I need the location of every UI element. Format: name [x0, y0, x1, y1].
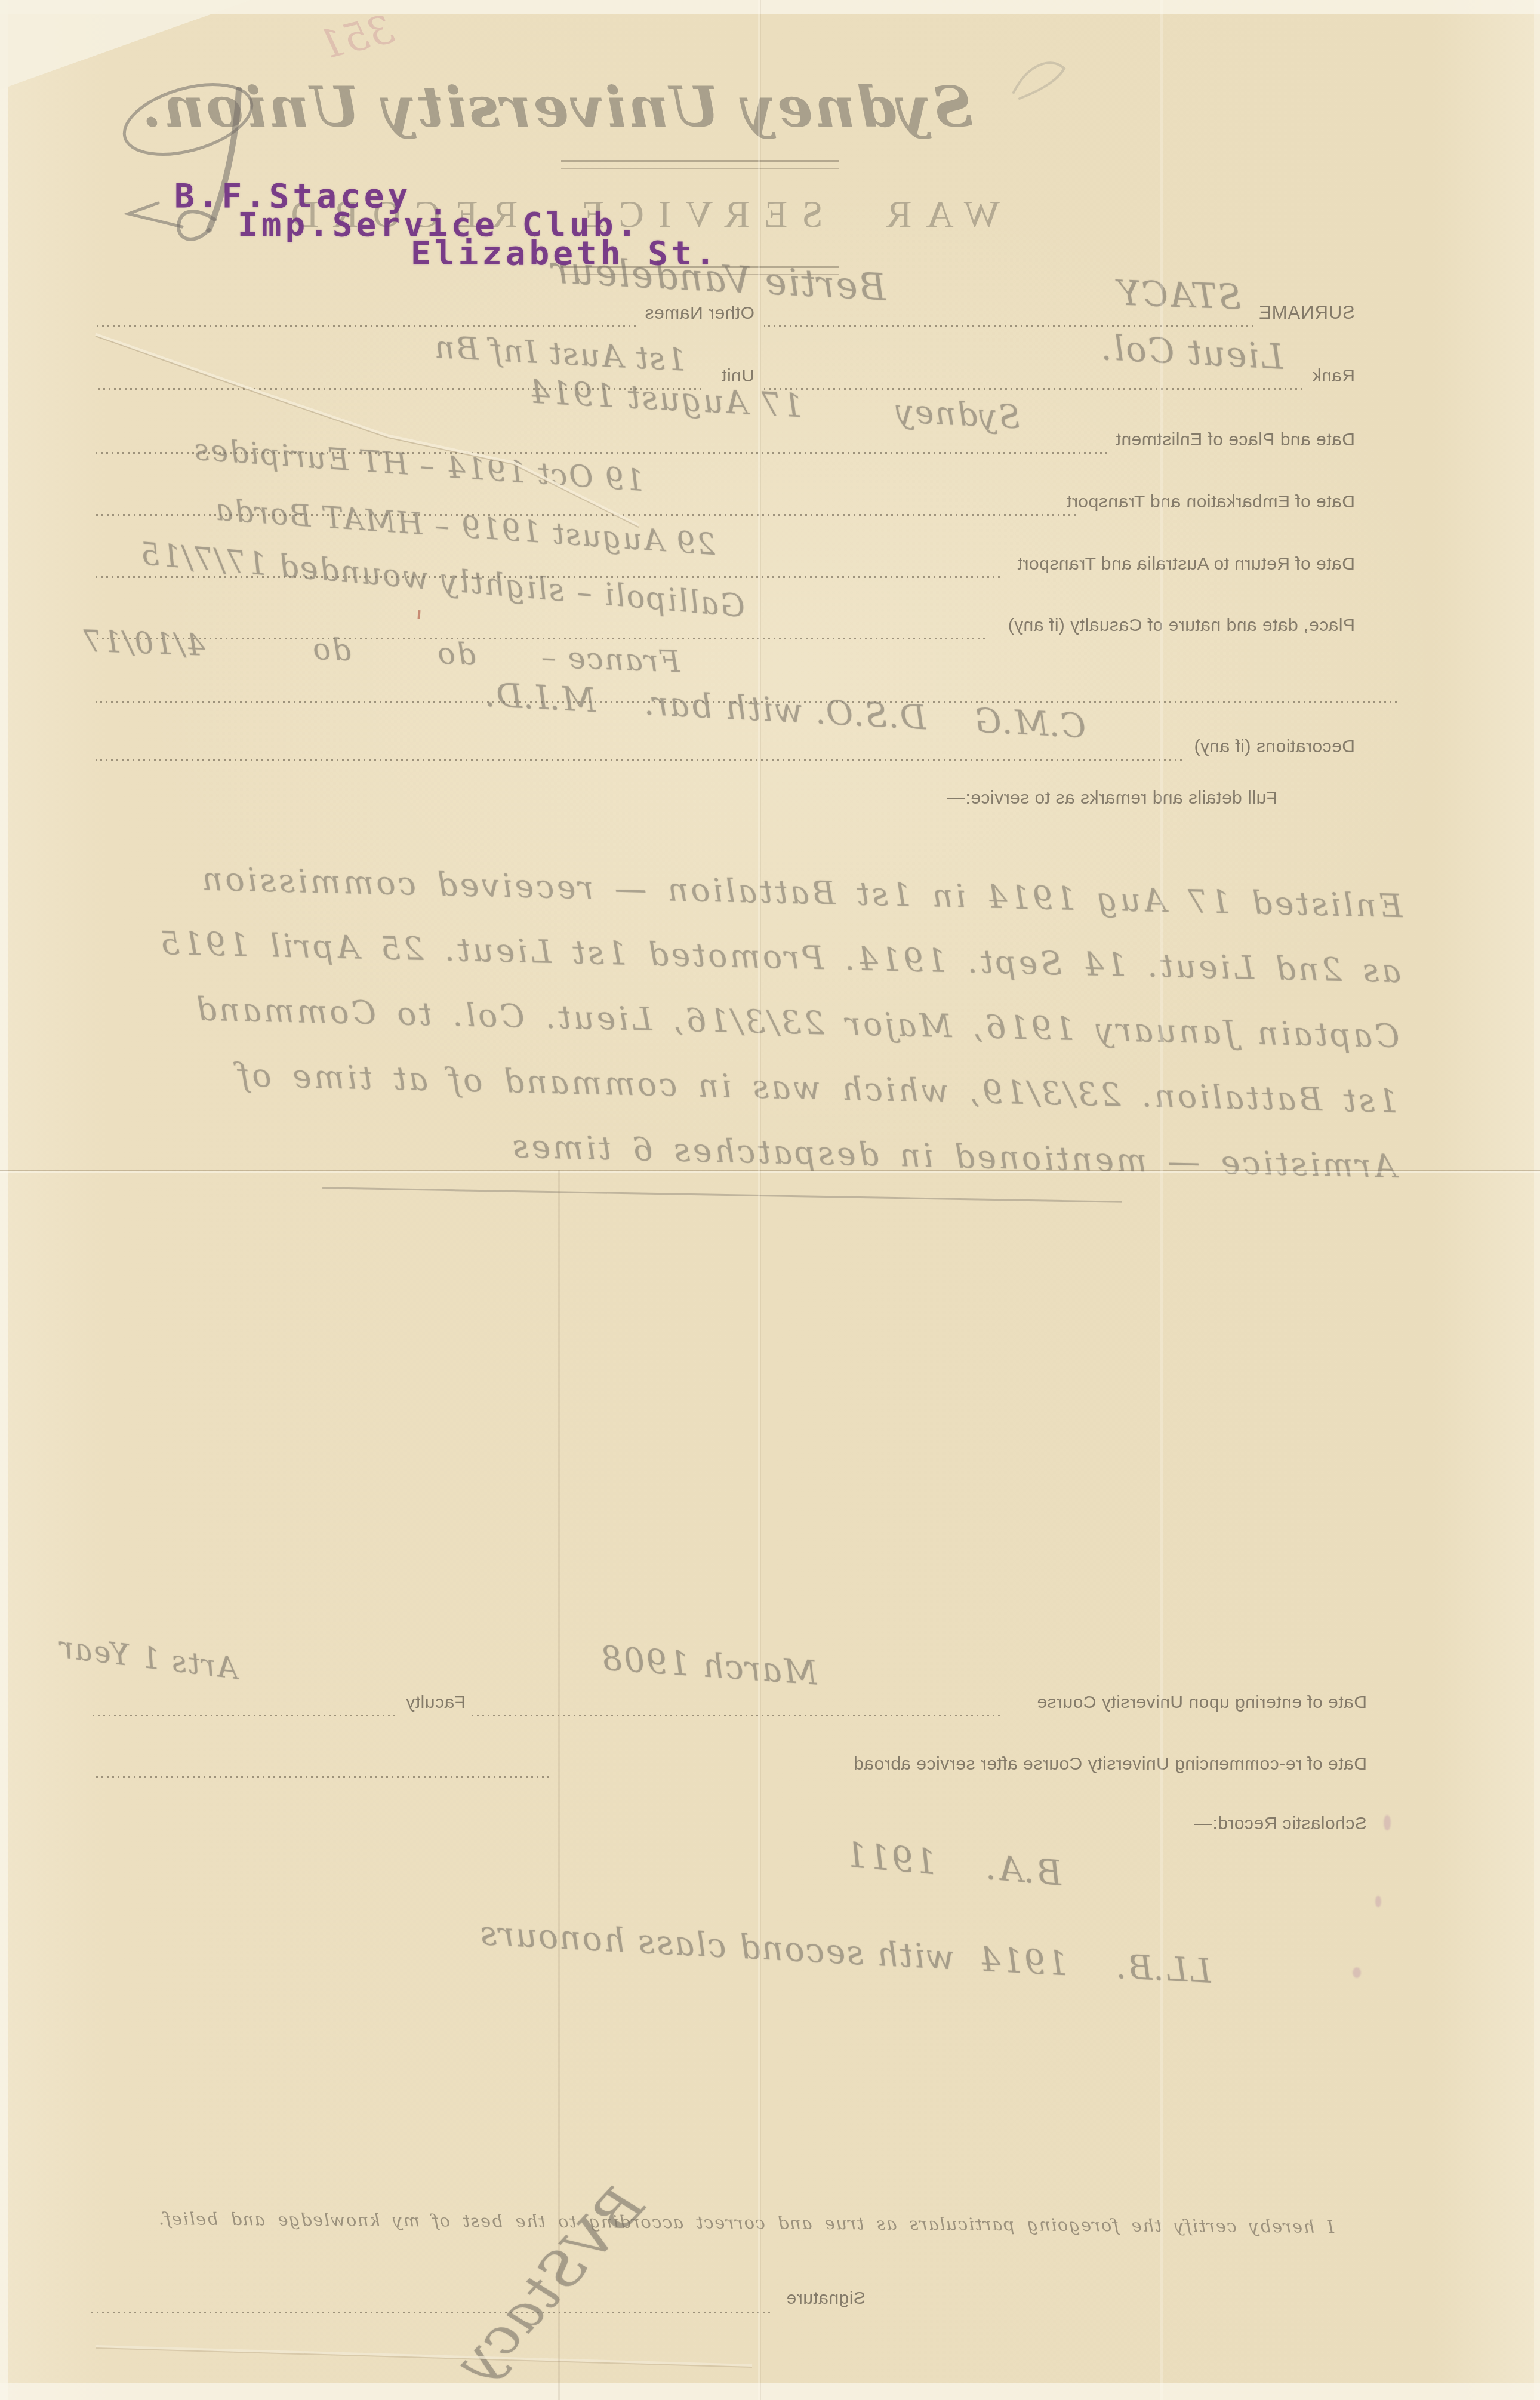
vertical-crease-lower: [558, 1170, 560, 2400]
vertical-fold-right: [1160, 0, 1163, 2400]
crease-lines: [0, 0, 1540, 2400]
front-layer: B.F.Stacey Imp.Service Club. Elizabeth S…: [0, 0, 1540, 2400]
scanned-war-service-record-verso: Sydney University Union. WAR SERVICE REC…: [0, 0, 1540, 2400]
horizontal-fold: [0, 1170, 1540, 1173]
vertical-fold-center: [758, 0, 760, 2400]
pencil-squiggle: [1008, 51, 1073, 104]
typed-street: Elizabeth St.: [411, 234, 719, 273]
